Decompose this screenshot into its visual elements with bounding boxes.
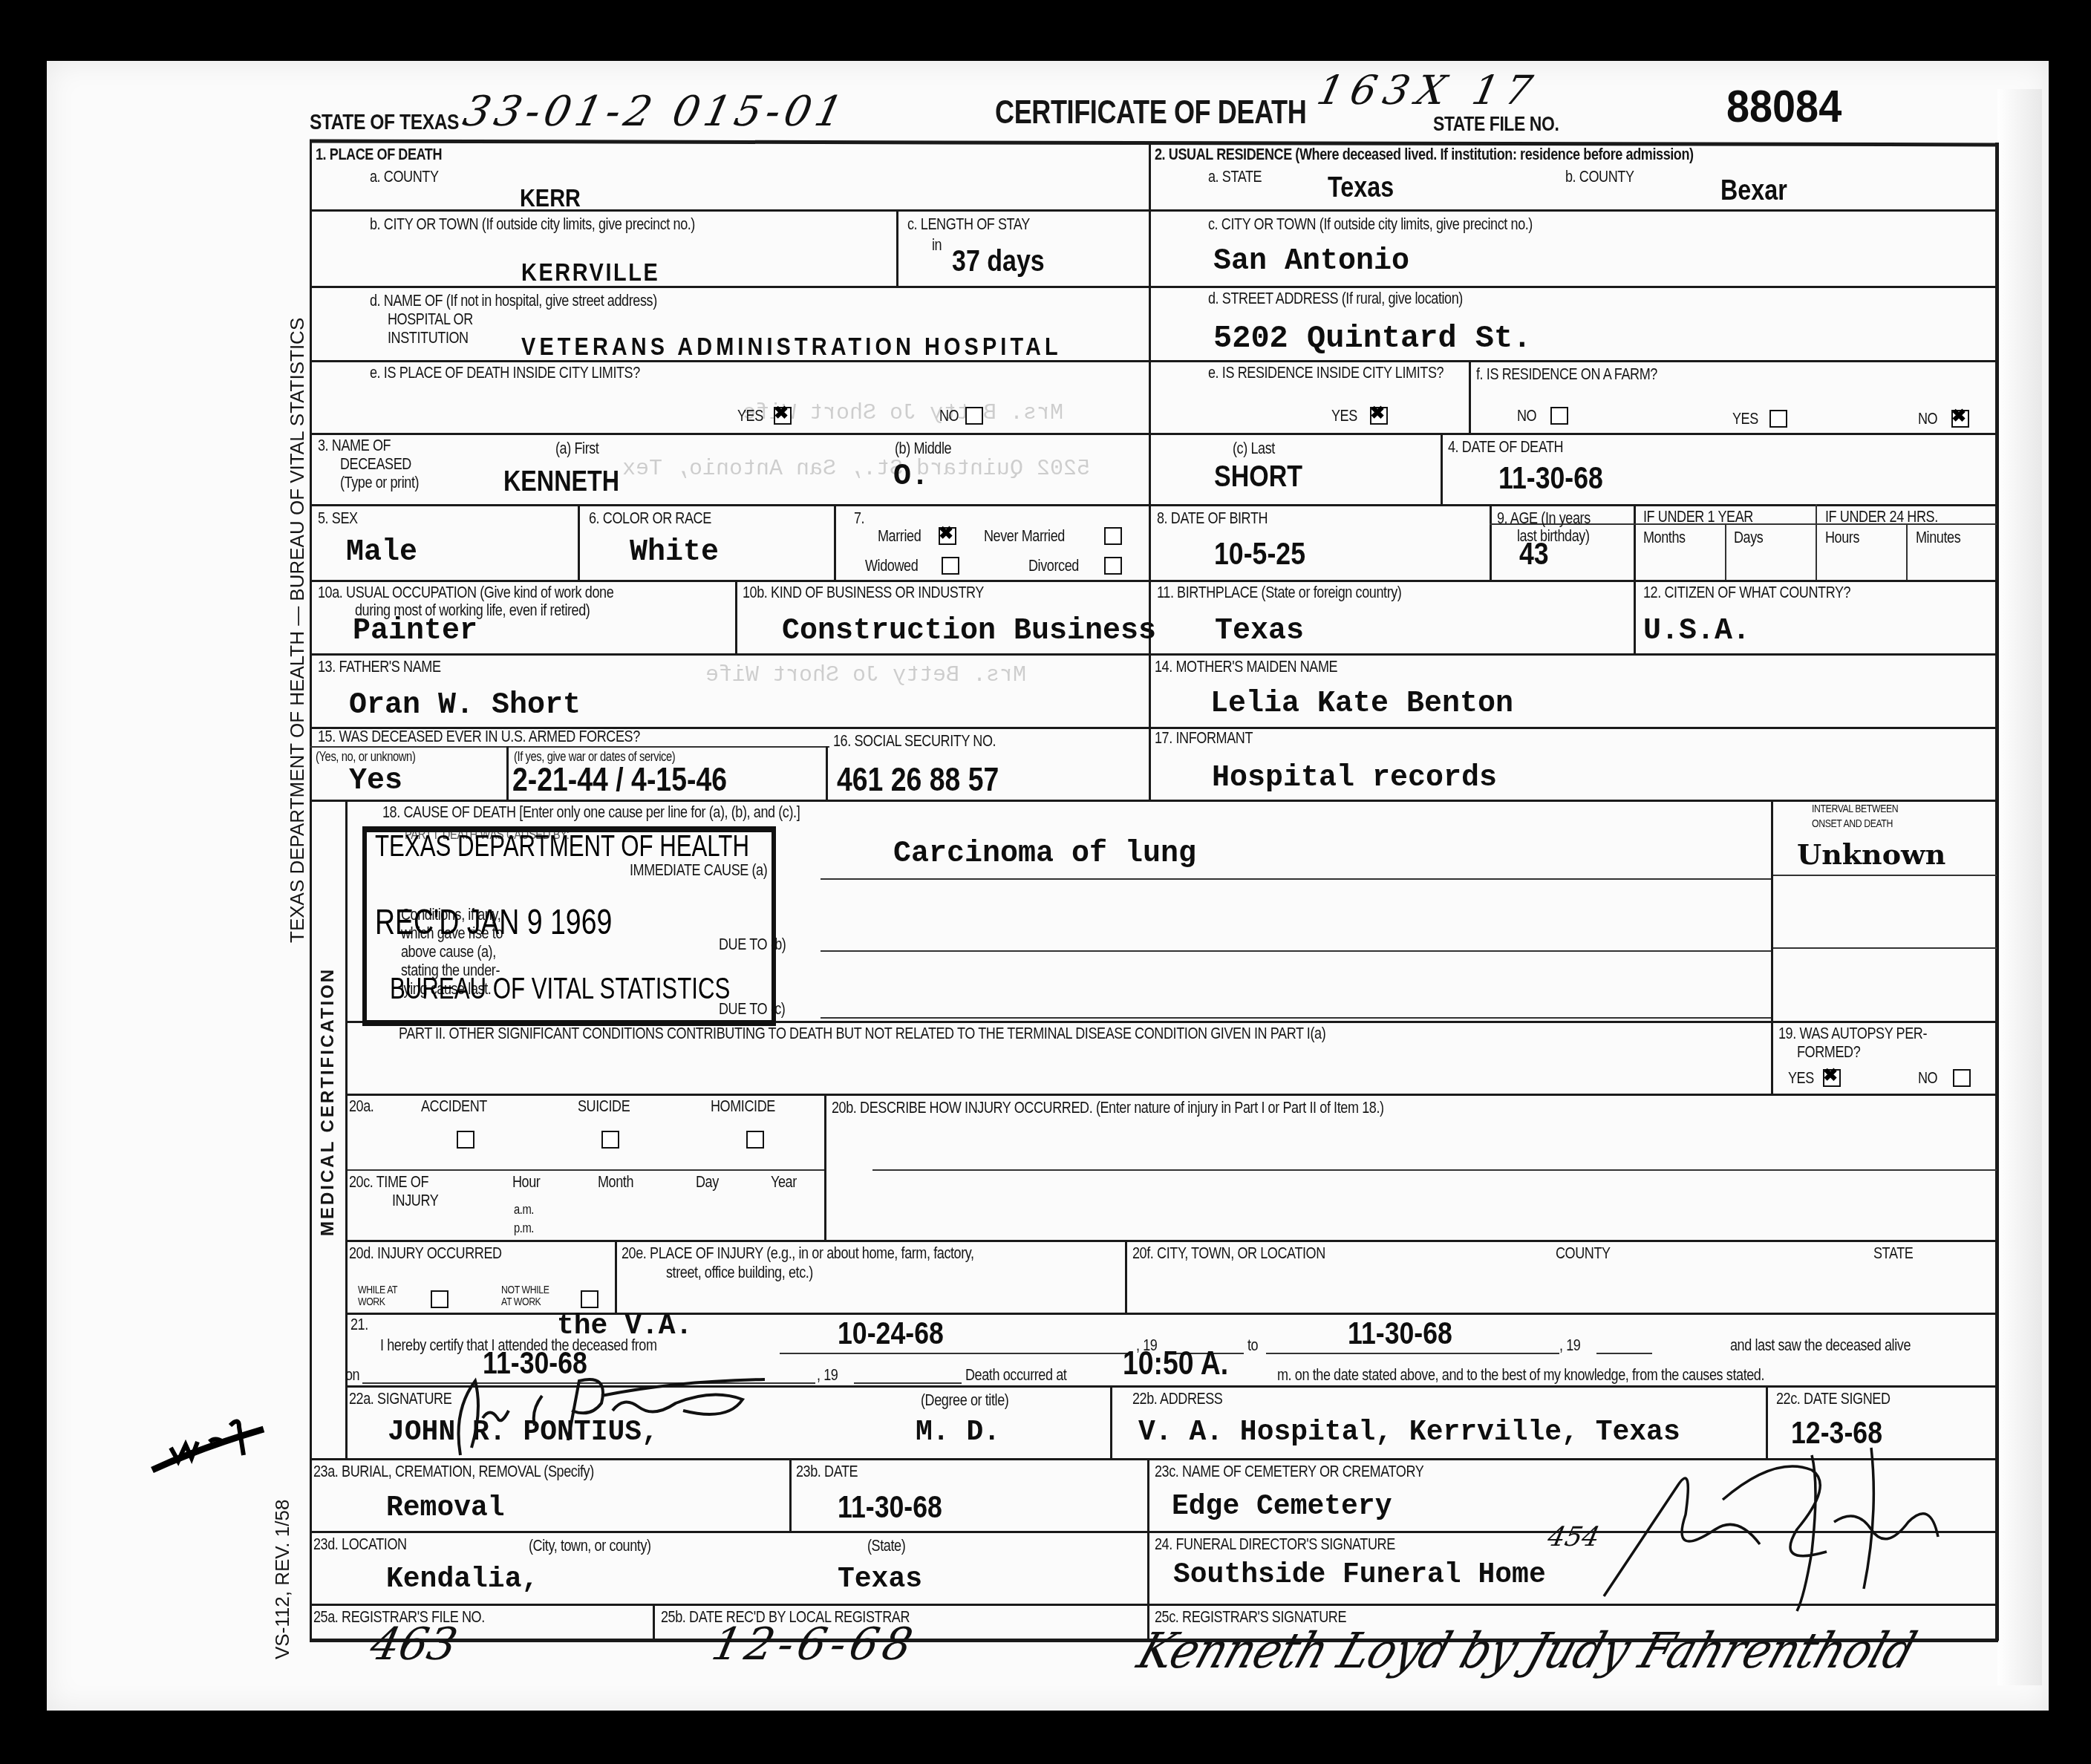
name-label-line2: DECEASED [340,455,411,473]
armed-yn-value: Yes [349,765,402,798]
col-divider [735,580,737,653]
col-divider [1441,433,1443,506]
burial-date-value: 11-30-68 [838,1489,942,1525]
farm-yes-label: YES [1732,410,1758,428]
burial-state-label: (State) [867,1537,905,1555]
interval-value: Unknown [1797,837,1945,871]
part2-label: PART II. OTHER SIGNIFICANT CONDITIONS CO… [399,1025,1325,1042]
place-of-injury-label: 20e. PLACE OF INJURY (e.g., in or about … [622,1244,974,1262]
suicide-checkbox[interactable] [601,1131,619,1149]
business-label: 10b. KIND OF BUSINESS OR INDUSTRY [743,584,984,601]
place-of-death-label: 1. PLACE OF DEATH [316,146,442,163]
race-value: White [630,536,719,569]
autopsy-yes-label: YES [1788,1069,1814,1087]
col-divider [1469,360,1471,433]
interval-divider [1771,875,1997,876]
state-code-handwritten: 33-01-2 015-01 [459,88,852,136]
residence-inside-no-checkbox[interactable] [1550,407,1568,425]
under-1-year-label: IF UNDER 1 YEAR [1643,508,1753,526]
state-file-label: STATE FILE NO. [1433,113,1559,136]
middle-name-label: (b) Middle [895,440,951,457]
dob-label: 8. DATE OF BIRTH [1157,509,1268,527]
autopsy-label-line2: FORMED? [1797,1043,1860,1061]
inside-city-no-label: NO [939,407,959,425]
col-divider [1490,504,1492,580]
hospital-value: VETERANS ADMINISTRATION HOSPITAL [521,333,1062,362]
accident-label: ACCIDENT [421,1097,487,1115]
stamp-line1: TEXAS DEPARTMENT OF HEALTH [375,830,749,863]
immediate-cause-value: Carcinoma of lung [893,837,1196,871]
row-divider [345,1169,824,1171]
col-divider [789,1458,792,1531]
physician-address-label: 22b. ADDRESS [1132,1390,1222,1408]
cemetery-label: 23c. NAME OF CEMETERY OR CREMATORY [1155,1463,1423,1480]
time-of-injury-label: 20c. TIME OF [349,1173,428,1191]
initials-mark [149,1396,267,1481]
degree-value: M. D. [916,1417,1000,1448]
place-county-value: KERR [520,184,581,213]
residence-state-label: a. STATE [1208,168,1262,186]
funeral-director-label: 24. FUNERAL DIRECTOR'S SIGNATURE [1155,1535,1395,1553]
row-divider [345,1094,1997,1096]
form-right-border [1995,143,1999,1641]
residence-inside-city-label: e. IS RESIDENCE INSIDE CITY LIMITS? [1208,364,1444,382]
col-divider [1771,800,1773,1094]
occupation-label: 10a. USUAL OCCUPATION (Give kind of work… [318,584,613,601]
pm-label: p.m. [514,1221,534,1236]
date-of-death-value: 11-30-68 [1498,460,1603,496]
cause-of-death-label: 18. CAUSE OF DEATH [Enter only one cause… [382,803,800,821]
col-divider [1147,1458,1149,1640]
to-label: to [1247,1336,1258,1354]
col-divider [1906,523,1908,580]
armed-forces-label: 15. WAS DECEASED EVER IN U.S. ARMED FORC… [318,728,640,745]
usual-residence-label: 2. USUAL RESIDENCE (Where deceased lived… [1155,146,1694,163]
divorced-checkbox[interactable] [1104,557,1122,575]
birthplace-label: 11. BIRTHPLACE (State or foreign country… [1157,584,1401,601]
bleed-through-text: 5202 Quintard St., San Antonio, Tex. [609,457,1090,482]
autopsy-yes-checkbox[interactable] [1823,1069,1841,1087]
state-label: STATE OF TEXAS [310,110,459,134]
degree-label: (Degree or title) [921,1391,1008,1409]
under-24-hrs-label: IF UNDER 24 HRS. [1825,508,1938,526]
age-label: 9. AGE (In years [1497,509,1591,527]
days-label: Days [1734,529,1763,546]
widowed-checkbox[interactable] [942,557,959,575]
farm-no-label: NO [1918,410,1937,428]
year-label: Year [771,1173,797,1191]
form-left-border [310,143,312,1641]
col-divider [1125,1240,1127,1313]
col-divider [1110,1385,1112,1458]
age-value: 43 [1519,536,1549,572]
business-value: Construction Business [782,615,1156,648]
residence-inside-no-label: NO [1517,407,1536,425]
hospital-label-line2: HOSPITAL OR [388,310,473,328]
disposition-label: 23a. BURIAL, CREMATION, REMOVAL (Specify… [313,1463,594,1480]
certification-number: 21. [350,1316,368,1333]
length-of-stay-in-label: in [932,236,942,254]
never-married-label: Never Married [984,527,1065,545]
date-of-death-label: 4. DATE OF DEATH [1448,438,1563,456]
stamp-line3: BUREAU OF VITAL STATISTICS [390,973,730,1006]
certification-text-line2: m. on the date stated above, and to the … [1277,1366,1764,1384]
first-name-value: KENNETH [503,466,619,498]
col-divider [1725,523,1726,580]
hour-label: Hour [512,1173,540,1191]
minutes-label: Minutes [1916,529,1960,546]
registrar-file-no-value: 463 [366,1618,462,1670]
attended-to-value: 11-30-68 [1348,1316,1452,1351]
form-number: VS-112, REV. 1/58 [271,1500,294,1659]
injury-county-label: COUNTY [1556,1244,1611,1262]
stamp-line2: REC'D JAN 9 1969 [375,902,612,943]
name-label: 3. NAME OF [318,437,391,454]
physician-name-value: JOHN R. PONTIUS, [388,1417,659,1448]
place-city-value: KERRVILLE [521,258,659,287]
city-label: b. CITY OR TOWN (If outside city limits,… [370,215,695,233]
married-label: Married [878,527,921,545]
cause-line-c [821,1017,1771,1019]
month-label: Month [598,1173,633,1191]
funeral-home-value: Southside Funeral Home [1173,1559,1546,1591]
burial-location-sub-label: (City, town, or county) [529,1537,651,1555]
row-divider [310,504,1997,506]
row-divider [310,800,1997,802]
col-divider [826,746,828,800]
cause-line-a [821,878,1771,880]
suicide-label: SUICIDE [578,1097,630,1115]
informant-value: Hospital records [1212,762,1497,795]
citizen-value: U.S.A. [1643,615,1750,648]
armed-yn-label: (Yes, no, or unknown) [316,750,415,765]
date-signed-label: 22c. DATE SIGNED [1776,1390,1891,1408]
length-of-stay-value: 37 days [952,245,1045,278]
place-of-injury-label-line2: street, office building, etc.) [666,1264,813,1281]
certificate-title: CERTIFICATE OF DEATH [995,95,1306,131]
inside-city-yes-checkbox[interactable] [774,407,792,425]
married-checkbox[interactable] [939,527,956,545]
last-name-value: SHORT [1214,460,1302,494]
medical-certification-label: MEDICAL CERTIFICATION [318,967,339,1236]
col-divider [1634,504,1636,653]
death-occurred-label: Death occurred at [965,1366,1066,1384]
col-divider [834,504,836,580]
name-label-line3: (Type or print) [340,474,419,491]
father-value: Oran W. Short [349,689,581,722]
col-divider [896,209,898,286]
burial-state-value: Texas [838,1564,922,1595]
armed-dates-value: 2-21-44 / 4-15-46 [512,762,727,799]
year-line [854,1382,962,1384]
sex-value: Male [346,536,417,569]
race-label: 6. COLOR OR RACE [589,509,711,527]
burial-date-label: 23b. DATE [796,1463,858,1480]
row-divider [310,433,1997,435]
col-divider [615,1240,617,1313]
injury-occurred-label: 20d. INJURY OCCURRED [349,1244,502,1262]
occupation-value: Painter [353,615,477,648]
not-while-at-work-checkbox[interactable] [581,1290,598,1308]
death-time-value: 10:50 A. [1123,1345,1228,1382]
dob-value: 10-5-25 [1214,536,1305,572]
length-of-stay-label: c. LENGTH OF STAY [907,215,1030,233]
farm-label: f. IS RESIDENCE ON A FARM? [1476,365,1657,383]
homicide-label: HOMICIDE [711,1097,775,1115]
hospital-label-line3: INSTITUTION [388,329,469,347]
row-divider [310,746,829,748]
father-label: 13. FATHER'S NAME [318,658,441,676]
inside-city-label: e. IS PLACE OF DEATH INSIDE CITY LIMITS? [370,364,640,382]
residence-inside-yes-checkbox[interactable] [1370,407,1388,425]
describe-injury-label: 20b. DESCRIBE HOW INJURY OCCURRED. (Ente… [832,1099,1384,1117]
widowed-label: Widowed [865,557,918,575]
middle-name-value: O. [893,460,929,494]
department-vertical-label: TEXAS DEPARTMENT OF HEALTH — BUREAU OF V… [286,318,309,943]
injury-20a-label: 20a. [349,1097,373,1115]
nineteen-label: , 19 [1559,1336,1580,1354]
informant-label: 17. INFORMANT [1155,729,1253,747]
while-at-work-label-line2: WORK [358,1296,385,1309]
interval-label: INTERVAL BETWEEN [1812,803,1898,816]
interval-label-line2: ONSET AND DEATH [1812,818,1893,831]
injury-state-label: STATE [1873,1244,1913,1262]
divorced-label: Divorced [1028,557,1079,575]
autopsy-label: 19. WAS AUTOPSY PER- [1778,1025,1927,1042]
col-divider [578,504,580,580]
county-label: a. COUNTY [370,168,439,186]
burial-location-value: Kendalia, [386,1564,538,1595]
residence-city-value: San Antonio [1213,245,1409,278]
autopsy-no-checkbox[interactable] [1953,1069,1971,1087]
not-while-at-work-label-line2: AT WORK [501,1296,541,1309]
hours-label: Hours [1825,529,1859,546]
residence-county-label: b. COUNTY [1565,168,1634,186]
ssn-label: 16. SOCIAL SECURITY NO. [833,732,996,750]
col-divider [506,746,509,800]
street-address-label: d. STREET ADDRESS (If rural, give locati… [1208,290,1463,307]
street-address-value: 5202 Quintard St. [1213,321,1531,356]
to-date-line [1266,1353,1559,1354]
residence-inside-yes-label: YES [1331,407,1357,425]
col-divider [824,1094,826,1240]
mother-label: 14. MOTHER'S MAIDEN NAME [1155,658,1337,676]
row-divider [310,653,1997,656]
inside-city-no-checkbox[interactable] [965,407,983,425]
page-shadow [1997,89,2042,1685]
col-divider [1816,504,1817,580]
residence-state-value: Texas [1328,172,1394,204]
hospital-label: d. NAME OF (If not in hospital, give str… [370,292,657,310]
residence-city-label: c. CITY OR TOWN (If outside city limits,… [1208,215,1533,233]
farm-no-checkbox[interactable] [1951,410,1969,428]
residence-county-value: Bexar [1720,175,1787,207]
never-married-checkbox[interactable] [1104,527,1122,545]
margin-handwritten-code: 163X 17 [1313,67,1544,114]
inside-city-yes-label: YES [737,407,763,425]
homicide-checkbox[interactable] [746,1131,764,1149]
date-received-value: 12-6-68 [708,1618,921,1670]
sex-label: 5. SEX [318,509,358,527]
farm-yes-checkbox[interactable] [1769,410,1787,428]
state-file-number: 88084 [1726,80,1842,133]
while-at-work-checkbox[interactable] [431,1290,448,1308]
attended-from-value: 10-24-68 [838,1316,944,1351]
cemetery-value: Edge Cemetery [1172,1491,1392,1523]
from-date-line [780,1353,1132,1354]
last-saw-text: and last saw the deceased alive [1730,1336,1911,1354]
burial-location-label: 23d. LOCATION [313,1535,407,1553]
interval-divider [1771,947,1997,949]
citizen-label: 12. CITIZEN OF WHAT COUNTRY? [1643,584,1850,601]
birthplace-value: Texas [1215,615,1304,648]
first-name-label: (a) First [555,440,598,457]
medical-cert-inner-border [345,800,348,1458]
cause-line-b [821,950,1771,952]
col-divider [1149,727,1151,800]
autopsy-no-label: NO [1918,1069,1937,1087]
last-name-label: (c) Last [1233,440,1275,457]
day-label: Day [696,1173,719,1191]
mother-value: Lelia Kate Benton [1210,687,1513,721]
describe-line [872,1169,1997,1171]
registrar-signature[interactable]: Kenneth Loyd by Judy Fahrenthold [1131,1622,1922,1679]
ssn-value: 461 26 88 57 [837,762,999,799]
on-label: on [345,1366,359,1384]
row-divider [310,580,1997,582]
col-divider [653,1604,655,1639]
injury-location-label: 20f. CITY, TOWN, OR LOCATION [1132,1244,1325,1262]
disposition-value: Removal [386,1492,505,1524]
months-label: Months [1643,529,1686,546]
row-divider [345,1240,1997,1242]
am-label: a.m. [514,1203,534,1218]
year-line [1596,1353,1652,1354]
time-of-injury-label-line2: INJURY [392,1192,438,1209]
accident-checkbox[interactable] [457,1131,474,1149]
marital-status-label: 7. [854,509,864,527]
bleed-through-text: Mrs. Betty Jo Short Wife [705,663,1026,688]
funeral-director-signature[interactable] [1589,1440,1975,1615]
